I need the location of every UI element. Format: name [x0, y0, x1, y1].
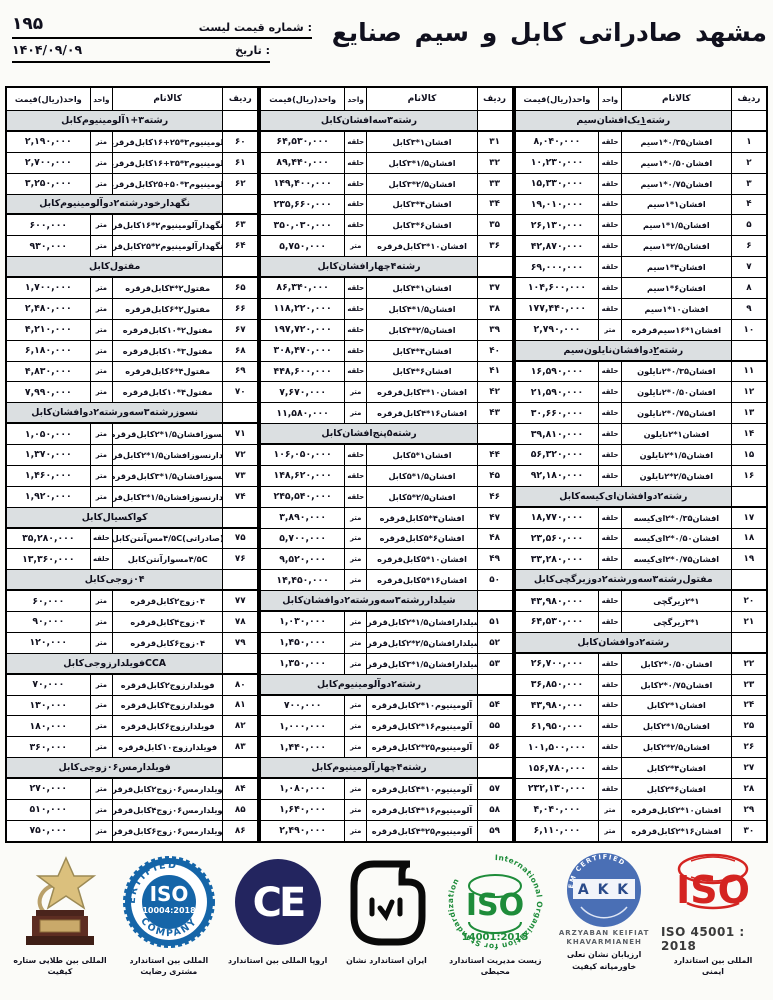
price-list-sheet: ۱۹۵ لیست قیمت شماره : ۱۴۰۴/۰۹/۰۹ تاریخ :… [0, 0, 773, 1000]
unit-cell: متر [344, 633, 367, 653]
unit-cell: حلقه [598, 382, 621, 402]
unit-cell: متر [90, 633, 113, 653]
unit-cell: متر [344, 403, 367, 423]
divider [12, 61, 270, 63]
date-value: ۱۴۰۴/۰۹/۰۹ [12, 42, 82, 57]
unit-price-cell: ۵,۷۵۰,۰۰۰ [261, 236, 344, 256]
unit-cell: متر [598, 320, 621, 340]
table-row: ۵,۷۰۰,۰۰۰ متر قرقره کابل ۵*۶ افشان ۴۸ [261, 528, 511, 549]
unit-price-cell: ۹۲,۱۸۰,۰۰۰ [516, 466, 599, 486]
item-name-cell: کابل ۵*۱/۵ افشان [366, 466, 476, 486]
unit-price-cell: ۲۷۰,۰۰۰ [7, 779, 90, 799]
item-name-cell: قرقره کابل ۶*۲ مفتول [112, 299, 222, 319]
item-name-cell: قرقره کابل ۳*۱/۵ افشان نسوز [112, 466, 222, 486]
table-row: ۱۴۸,۶۲۰,۰۰۰ حلقه کابل ۵*۱/۵ افشان ۴۵ [261, 465, 511, 486]
unit-cell: حلقه [344, 153, 367, 173]
unit-price-cell: ۱۶,۵۹۰,۰۰۰ [516, 362, 599, 382]
unit-cell: حلقه [598, 215, 621, 235]
section-title: سیم افشان یک ۱ رشته [516, 111, 731, 130]
item-name-cell: قرقره کابل ۴*۱۰ آلومینیوم [366, 779, 476, 799]
table-row: ۳۵۰,۰۳۰,۰۰۰ حلقه کابل ۳*۶ افشان ۳۵ [261, 214, 511, 235]
radif-cell-empty [731, 633, 766, 652]
radif-cell-empty [222, 195, 257, 214]
table-row: ۹,۵۲۰,۰۰۰ متر قرقره کابل ۵*۱۰ افشان ۴۹ [261, 548, 511, 569]
unit-cell: متر [90, 591, 113, 611]
table-row: ۱,۹۲۰,۰۰۰ متر قرقره کابل ۳*۱/۵ افشان نسو… [7, 486, 257, 507]
iso-45001-label: ISO 45001 : 2018 [661, 925, 765, 953]
radif-cell: ۴۶ [477, 487, 512, 507]
unit-price-cell: ۱۰۴,۶۰۰,۰۰۰ [516, 278, 599, 298]
unit-cell: حلقه [344, 278, 367, 298]
table-row: ۷۰۰,۰۰۰ متر قرقره کابل ۲*۱۰ آلومینیوم ۵۴ [261, 695, 511, 716]
unit-price-cell: ۱۳۰,۰۰۰ [7, 696, 90, 716]
radif-cell: ۳۹ [477, 320, 512, 340]
radif-cell: ۳۲ [477, 153, 512, 173]
item-name-cell: قرقره کابل ۲*۱۶ افشان [621, 821, 731, 841]
section-header-row: کابل زیرگچی دو ۲ رشته و سه ۳ رشته مفتول [516, 569, 766, 590]
table-row: ۷,۹۹۰,۰۰۰ متر قرقره کابل ۱۰*۴ مفتول ۷۰ [7, 381, 257, 402]
unit-cell: متر [90, 612, 113, 632]
unit-cell: حلقه [598, 299, 621, 319]
item-name-cell: قرقره کابل ۴ زوج فویلدار [112, 696, 222, 716]
table-row: ۱۰,۲۳۰,۰۰۰ حلقه سیم ۱*۰/۵۰ افشان ۲ [516, 152, 766, 173]
radif-column-header: ردیف [477, 88, 512, 110]
unit-price-cell: ۲۳,۵۶۰,۰۰۰ [516, 529, 599, 549]
page-title: صنایع سیم و کابل صادراتی مشهد [332, 8, 767, 84]
unit-price-cell: ۶۹,۰۰۰,۰۰۰ [516, 257, 599, 277]
unit-cell: متر [90, 737, 113, 757]
radif-cell: ۱۲ [731, 382, 766, 402]
table-row: ۲۳۲,۱۳۰,۰۰۰ حلقه کابل ۲*۶ افشان ۲۸ [516, 778, 766, 799]
section-title: کابل کواکسیال [7, 508, 222, 527]
table-row: ۷,۶۷۰,۰۰۰ متر قرقره کابل ۴*۱۰ افشان ۴۲ [261, 381, 511, 402]
section-title: کابل افشان سه ۳ رشته [261, 111, 476, 130]
section-title: کابل زیرگچی دو ۲ رشته و سه ۳ رشته مفتول [516, 570, 731, 589]
akk-line2: KHAVARMIANEH [559, 938, 650, 947]
unit-price-cell: ۱۰۱,۵۰۰,۰۰۰ [516, 737, 599, 757]
item-name-cell: قرقره سیم ۱۶*۱ افشان [621, 320, 731, 340]
unit-price-cell: ۶۰,۰۰۰ [7, 591, 90, 611]
radif-cell-empty [731, 570, 766, 589]
unit-cell: حلقه [344, 132, 367, 152]
unit-price-cell: ۳۵۰,۰۳۰,۰۰۰ [261, 215, 344, 235]
badge-isiri: نشان استاندارد ایران [334, 851, 438, 967]
divider [12, 37, 312, 39]
unit-cell: حلقه [598, 236, 621, 256]
unit-cell: حلقه [598, 174, 621, 194]
radif-cell: ۷۷ [222, 591, 257, 611]
unit-price-cell: ۳۶۰,۰۰۰ [7, 737, 90, 757]
badge-caption: استاندارد بین المللی ایمنی [663, 955, 763, 978]
section-title: کابل افشان پنج ۵ رشته [261, 424, 476, 443]
price-column-header: قیمت واحد(ریال) [7, 88, 90, 110]
unit-price-cell: ۱۱,۵۸۰,۰۰۰ [261, 403, 344, 423]
table-row: ۱,۰۳۰,۰۰۰ متر قرقره کابل ۲*۱/۵ افشان شیل… [261, 611, 511, 632]
radif-cell: ۵۴ [477, 696, 512, 716]
radif-cell: ۲۸ [731, 779, 766, 799]
section-title: کابل زوجی فویلدار CCA [7, 654, 222, 673]
price-table: قیمت واحد(ریال) واحد نام کالا ردیف کابل … [5, 86, 768, 843]
item-name-cell: قرقره کابل ۶ زوج ۰۴ [112, 633, 222, 653]
unit-price-cell: ۲۳۲,۱۳۰,۰۰۰ [516, 779, 599, 799]
unit-price-cell: ۸۹,۴۴۰,۰۰۰ [261, 153, 344, 173]
item-name-cell: سیم ۱*۱۰ افشان [621, 299, 731, 319]
radif-cell: ۸ [731, 278, 766, 298]
unit-price-cell: ۳۳,۲۸۰,۰۰۰ [516, 549, 599, 569]
section-header-row: کابل کیسه ای افشان دو ۲ رشته [516, 486, 766, 507]
item-name-cell: سیم ۱*۴ افشان [621, 257, 731, 277]
item-name-cell: قرقره کابل ۵*۶ افشان [366, 529, 476, 549]
unit-price-cell: ۶۰۰,۰۰۰ [7, 215, 90, 235]
name-column-header: نام کالا [366, 88, 476, 110]
radif-cell: ۱۷ [731, 508, 766, 528]
unit-cell: حلقه [344, 215, 367, 235]
unit-cell: حلقه [598, 696, 621, 716]
unit-price-cell: ۱,۹۲۰,۰۰۰ [7, 487, 90, 507]
table-row: ۷۵۰,۰۰۰ متر قرقره کابل ۶ زوج ۰۶ مس فویلد… [7, 820, 257, 841]
unit-cell: حلقه [344, 320, 367, 340]
radif-cell: ۴۲ [477, 382, 512, 402]
radif-cell: ۶۳ [222, 215, 257, 235]
unit-cell: متر [344, 236, 367, 256]
section-header-row: کابل افشان سه ۳ رشته [261, 110, 511, 131]
item-name-cell: قرقره کابل ۲*۱۰ افشان [621, 800, 731, 820]
radif-cell: ۷۵ [222, 529, 257, 549]
radif-cell: ۵۹ [477, 821, 512, 841]
unit-price-cell: ۳,۲۵۰,۰۰۰ [7, 174, 90, 194]
unit-price-cell: ۴۳,۹۸۰,۰۰۰ [516, 591, 599, 611]
unit-cell: متر [90, 215, 113, 235]
radif-cell: ۳۶ [477, 236, 512, 256]
list-meta: ۱۹۵ لیست قیمت شماره : ۱۴۰۴/۰۹/۰۹ تاریخ : [12, 8, 332, 84]
radif-cell-empty [477, 257, 512, 276]
radif-cell: ۲۳ [731, 675, 766, 695]
table-row: ۳۶,۸۵۰,۰۰۰ حلقه کابل ۲*۰/۷۵ افشان ۲۳ [516, 674, 766, 695]
table-row: ۴۳,۹۸۰,۰۰۰ حلقه کابل ۲*۱ افشان ۲۴ [516, 695, 766, 716]
badge-iso-14001: International Organization for Standardi… [443, 851, 547, 978]
radif-cell: ۳۷ [477, 278, 512, 298]
item-name-cell: کابل ۴*۱/۵ افشان [366, 299, 476, 319]
badge-caption: نشان استاندارد ایران [346, 955, 427, 967]
table-group-middle: قیمت واحد(ریال) واحد نام کالا ردیف کابل … [259, 86, 513, 843]
unit-cell: متر [344, 570, 367, 590]
table-row: ۶۰,۰۰۰ متر قرقره کابل ۲ زوج ۰۴ ۷۷ [7, 590, 257, 611]
item-name-cell: کابل ۳*۶ افشان [366, 215, 476, 235]
radif-cell-empty [477, 591, 512, 610]
radif-cell: ۸۳ [222, 737, 257, 757]
unit-price-cell: ۹,۵۲۰,۰۰۰ [261, 549, 344, 569]
item-name-cell: زیرگچی ۲*۱ [621, 591, 731, 611]
item-name-cell: قرقره کابل ۱۶+۳۵*۳ آلومینیوم [112, 153, 222, 173]
radif-cell: ۷۱ [222, 424, 257, 444]
item-name-cell: کابل ۴*۶ افشان [366, 362, 476, 382]
unit-cell: متر [90, 466, 113, 486]
radif-cell: ۳۰ [731, 821, 766, 841]
item-name-cell: سیم ۱*۰/۷۵ افشان [621, 174, 731, 194]
unit-price-cell: ۴۴۸,۶۰۰,۰۰۰ [261, 362, 344, 382]
radif-cell: ۷۴ [222, 487, 257, 507]
radif-cell: ۱۴ [731, 424, 766, 444]
radif-cell: ۵۰ [477, 570, 512, 590]
radif-cell: ۳ [731, 174, 766, 194]
unit-cell: متر [598, 800, 621, 820]
unit-price-cell: ۱,۶۴۰,۰۰۰ [261, 800, 344, 820]
item-name-cell: کابل ۳*۱/۵ افشان [366, 153, 476, 173]
unit-cell: متر [90, 716, 113, 736]
unit-price-cell: ۳,۸۹۰,۰۰۰ [261, 508, 344, 528]
unit-cell: متر [90, 487, 113, 507]
item-name-cell: نایلون ۲*۲/۵ افشان [621, 466, 731, 486]
table-row: ۱۵۶,۷۸۰,۰۰۰ حلقه کابل ۲*۴ افشان ۲۷ [516, 757, 766, 778]
item-name-cell: کابل ۲*۴ افشان [621, 758, 731, 778]
iran-standard-icon [340, 851, 432, 953]
item-name-cell: کابل ۵*۱ افشان [366, 445, 476, 465]
section-header-row: سیم افشان یک ۱ رشته [516, 110, 766, 131]
table-row: ۸۶,۳۴۰,۰۰۰ حلقه کابل ۴*۱ افشان ۳۷ [261, 277, 511, 298]
table-row: ۱,۴۶۰,۰۰۰ متر قرقره کابل ۳*۱/۵ افشان نسو… [7, 465, 257, 486]
item-name-cell: قرقره کابل ۲*۲/۵ افشان شیلدار [366, 633, 476, 653]
table-row: ۳۵,۲۸۰,۰۰۰ حلقه کابل آنتن مس ۴/۵C (صادرا… [7, 528, 257, 549]
radif-cell: ۲۱ [731, 612, 766, 632]
unit-cell: متر [90, 153, 113, 173]
badge-caption: نعلی نشان ارزیابان کیفیت خاورمیانه [554, 949, 654, 972]
item-name-cell: نایلون ۲*۰/۷۵ افشان [621, 403, 731, 423]
unit-cell: حلقه [598, 758, 621, 778]
item-name-cell: کابل ۲*۱ افشان [621, 696, 731, 716]
section-title: کابل آلومینیوم دو ۲ رشته خود نگهدار [7, 195, 222, 214]
radif-cell: ۴۷ [477, 508, 512, 528]
unit-price-cell: ۱,۴۶۰,۰۰۰ [7, 466, 90, 486]
radif-cell: ۵۸ [477, 800, 512, 820]
radif-cell: ۲۷ [731, 758, 766, 778]
item-name-cell: نایلون ۲*۰/۳۵ افشان [621, 362, 731, 382]
table-row: ۱۰۴,۶۰۰,۰۰۰ حلقه سیم ۱*۶ افشان ۸ [516, 277, 766, 298]
unit-cell: حلقه [598, 153, 621, 173]
table-row: ۱۸,۷۷۰,۰۰۰ حلقه کیسه ای ۲*۰/۳۵ افشان ۱۷ [516, 507, 766, 528]
radif-cell: ۴۴ [477, 445, 512, 465]
radif-cell: ۸۴ [222, 779, 257, 799]
unit-price-cell: ۱۰۶,۰۵۰,۰۰۰ [261, 445, 344, 465]
table-row: ۱۷۷,۴۴۰,۰۰۰ حلقه سیم ۱*۱۰ افشان ۹ [516, 298, 766, 319]
radif-cell: ۱۶ [731, 466, 766, 486]
badge-iso-45001: ISO ISO 45001 : 2018 استاندارد بین الملل… [661, 851, 765, 978]
item-name-cell: قرقره کابل ۶ زوج ۰۶ مس فویلدار [112, 821, 222, 841]
unit-price-cell: ۷,۹۹۰,۰۰۰ [7, 382, 90, 402]
certification-badges: ستاره طلایی بین المللی کیفیت CERTIFIED [0, 845, 773, 978]
radif-cell: ۲۰ [731, 591, 766, 611]
unit-cell: حلقه [598, 445, 621, 465]
unit-price-cell: ۳۶,۸۵۰,۰۰۰ [516, 675, 599, 695]
section-title: کابل زوجی ۰۴ [7, 570, 222, 589]
table-row: ۲,۷۹۰,۰۰۰ متر قرقره سیم ۱۶*۱ افشان ۱۰ [516, 319, 766, 340]
badge-caption: استاندارد مدیریت زیست محیطی [445, 955, 545, 978]
table-row: ۱۵,۳۳۰,۰۰۰ حلقه سیم ۱*۰/۷۵ افشان ۳ [516, 173, 766, 194]
item-name-cell: کابل ۴*۴ افشان [366, 341, 476, 361]
unit-price-cell: ۳۰,۶۶۰,۰۰۰ [516, 403, 599, 423]
radif-cell: ۶۹ [222, 362, 257, 382]
unit-cell: حلقه [598, 716, 621, 736]
unit-price-cell: ۱,۰۳۰,۰۰۰ [261, 612, 344, 632]
table-group-left: قیمت واحد(ریال) واحد نام کالا ردیف کابل … [5, 86, 259, 843]
item-name-cell: قرقره کابل ۱۶+۲۵*۳ آلومینیوم [112, 132, 222, 152]
unit-cell: متر [90, 779, 113, 799]
item-name-cell: کابل ۵*۲/۵ افشان [366, 487, 476, 507]
unit-price-cell: ۳۹,۸۱۰,۰۰۰ [516, 424, 599, 444]
item-name-cell: قرقره کابل ۲*۱۰ آلومینیوم [366, 696, 476, 716]
page-header: ۱۹۵ لیست قیمت شماره : ۱۴۰۴/۰۹/۰۹ تاریخ :… [0, 0, 773, 84]
unit-price-cell: ۳۰۸,۴۷۰,۰۰۰ [261, 341, 344, 361]
unit-cell: حلقه [344, 174, 367, 194]
unit-price-cell: ۱۷۷,۴۴۰,۰۰۰ [516, 299, 599, 319]
table-row: ۱۰۱,۵۰۰,۰۰۰ حلقه کابل ۲*۲/۵ افشان ۲۶ [516, 736, 766, 757]
akk-line1: ARZYABAN KEIFIAT [559, 929, 650, 938]
unit-cell: متر [598, 821, 621, 841]
table-row: ۹۳۰,۰۰۰ متر قرقره کابل ۲۵*۲ آلومینیوم خو… [7, 235, 257, 256]
radif-cell: ۱۵ [731, 445, 766, 465]
table-row: ۱۰۶,۰۵۰,۰۰۰ حلقه کابل ۵*۱ افشان ۴۴ [261, 444, 511, 465]
radif-cell: ۲ [731, 153, 766, 173]
table-group-right: قیمت واحد(ریال) واحد نام کالا ردیف سیم ا… [514, 86, 768, 843]
unit-cell: متر [344, 549, 367, 569]
radif-cell: ۴ [731, 195, 766, 215]
table-row: ۳۶۰,۰۰۰ متر قرقره کابل ۱۰ زوج فویلدار ۸۳ [7, 736, 257, 757]
item-name-cell: کابل آنتن مسوار ۴/۵C [112, 549, 222, 569]
section-header-row: کابل افشان دو ۲ رشته و سه ۳ رشته نسوز [7, 402, 257, 423]
radif-cell: ۱۹ [731, 549, 766, 569]
item-name-cell: کابل ۲*۶ افشان [621, 779, 731, 799]
unit-cell: حلقه [344, 466, 367, 486]
unit-cell: متر [344, 612, 367, 632]
table-row: ۱۳۰,۰۰۰ متر قرقره کابل ۴ زوج فویلدار ۸۱ [7, 695, 257, 716]
badge-akk: SYSTEM CERTIFIED A K K ARZYABAN KEIFIAT … [552, 851, 656, 973]
table-row: ۶,۱۸۰,۰۰۰ متر قرقره کابل ۱۰*۳ مفتول ۶۸ [7, 340, 257, 361]
section-title: کابل مفتول [7, 257, 222, 276]
unit-price-cell: ۱۸,۷۷۰,۰۰۰ [516, 508, 599, 528]
radif-cell-empty [222, 111, 257, 130]
item-name-cell: قرقره کابل ۴*۱۰ افشان [366, 382, 476, 402]
radif-cell: ۱۰ [731, 320, 766, 340]
unit-cell: حلقه [598, 424, 621, 444]
unit-cell: متر [90, 278, 113, 298]
table-row: ۱۹۷,۷۲۰,۰۰۰ حلقه کابل ۴*۲/۵ افشان ۳۹ [261, 319, 511, 340]
item-name-cell: سیم ۱*۱ افشان [621, 195, 731, 215]
badge-iso-10004: CERTIFIED COMPANY ISO 10004:2018 استاندا… [117, 851, 221, 978]
item-name-cell: کابل ۴*۱ افشان [366, 278, 476, 298]
unit-column-header: واحد [90, 88, 113, 110]
badge-caption: استاندارد بین المللی اروپا [228, 955, 327, 967]
unit-cell: متر [344, 779, 367, 799]
item-name-cell: کابل ۴*۲/۵ افشان [366, 320, 476, 340]
section-header-row: کابل مفتول [7, 256, 257, 277]
item-name-cell: قرقره کابل ۴*۲۵ آلومینیوم [366, 821, 476, 841]
item-name-cell: قرقره کابل ۳*۱/۵ افشان نسوز شیلدار [112, 487, 222, 507]
item-name-cell: قرقره کابل ۲ زوج ۰۴ [112, 591, 222, 611]
table-row: ۴,۲۱۰,۰۰۰ متر قرقره کابل ۱۰*۲ مفتول ۶۷ [7, 319, 257, 340]
item-name-cell: قرقره کابل ۲*۱/۵ افشان نسوز شیلدار [112, 445, 222, 465]
table-row: ۳۰,۶۶۰,۰۰۰ حلقه نایلون ۲*۰/۷۵ افشان ۱۳ [516, 402, 766, 423]
unit-cell: حلقه [598, 362, 621, 382]
radif-column-header: ردیف [731, 88, 766, 110]
unit-price-cell: ۱۵,۳۳۰,۰۰۰ [516, 174, 599, 194]
unit-price-cell: ۷۰۰,۰۰۰ [261, 696, 344, 716]
radif-cell: ۹ [731, 299, 766, 319]
table-row: ۳۹,۸۱۰,۰۰۰ حلقه نایلون ۲*۱ افشان ۱۴ [516, 423, 766, 444]
radif-cell: ۶۷ [222, 320, 257, 340]
svg-text:10004:2018: 10004:2018 [142, 906, 196, 915]
item-name-cell: کابل ۳*۴ افشان [366, 195, 476, 215]
item-name-cell: قرقره کابل ۶*۴ مفتول [112, 362, 222, 382]
table-header-row: قیمت واحد(ریال) واحد نام کالا ردیف [7, 88, 257, 110]
table-row: ۸۹,۴۴۰,۰۰۰ حلقه کابل ۳*۱/۵ افشان ۳۲ [261, 152, 511, 173]
section-header-row: کابل زوجی ۰۴ [7, 569, 257, 590]
item-name-cell: قرقره کابل ۴*۱۶ افشان [366, 403, 476, 423]
unit-cell: حلقه [344, 341, 367, 361]
radif-cell: ۷۸ [222, 612, 257, 632]
item-name-cell: قرقره کابل ۲ زوج ۰۶ مس فویلدار [112, 779, 222, 799]
section-title: سیم نایلون افشان دو ۲ رشته [516, 341, 731, 360]
section-header-row: کابل آلومینیوم چهار ۴ رشته [261, 757, 511, 778]
item-name-cell: قرقره کابل ۲*۲۵ آلومینیوم [366, 737, 476, 757]
name-column-header: نام کالا [112, 88, 222, 110]
item-name-cell: قرقره کابل ۲*۱/۵ افشان شیلدار [366, 612, 476, 632]
table-row: ۱۶,۵۹۰,۰۰۰ حلقه نایلون ۲*۰/۳۵ افشان ۱۱ [516, 361, 766, 382]
section-header-row: کابل آلومینیوم ۱ + ۳ رشته [7, 110, 257, 131]
item-name-cell: سیم ۱*۱/۵ افشان [621, 215, 731, 235]
badge-ce: CE استاندارد بین المللی اروپا [226, 851, 330, 967]
unit-price-cell: ۱۹۷,۷۲۰,۰۰۰ [261, 320, 344, 340]
section-header-row: کابل آلومینیوم دو ۲ رشته خود نگهدار [7, 194, 257, 215]
badge-gold-star-award: ستاره طلایی بین المللی کیفیت [8, 851, 112, 978]
unit-price-cell: ۱,۰۸۰,۰۰۰ [261, 779, 344, 799]
table-row: ۹۲,۱۸۰,۰۰۰ حلقه نایلون ۲*۲/۵ افشان ۱۶ [516, 465, 766, 486]
table-row: ۱۱۸,۲۲۰,۰۰۰ حلقه کابل ۴*۱/۵ افشان ۳۸ [261, 298, 511, 319]
table-row: ۶۴,۵۳۰,۰۰۰ حلقه زیرگچی ۳*۱ ۲۱ [516, 611, 766, 632]
unit-cell: متر [344, 696, 367, 716]
unit-price-cell: ۷۵۰,۰۰۰ [7, 821, 90, 841]
table-row: ۳,۸۹۰,۰۰۰ متر قرقره کابل ۵*۴ افشان ۴۷ [261, 507, 511, 528]
unit-price-cell: ۸۶,۳۴۰,۰۰۰ [261, 278, 344, 298]
unit-price-cell: ۷,۶۷۰,۰۰۰ [261, 382, 344, 402]
unit-price-cell: ۲,۴۹۰,۰۰۰ [261, 821, 344, 841]
item-name-cell: کابل ۳*۱ افشان [366, 132, 476, 152]
price-column-header: قیمت واحد(ریال) [516, 88, 599, 110]
unit-price-cell: ۵۶,۳۲۰,۰۰۰ [516, 445, 599, 465]
unit-cell: متر [90, 320, 113, 340]
unit-cell: حلقه [90, 529, 113, 549]
radif-cell: ۱۸ [731, 529, 766, 549]
item-name-cell: کابل ۲*۰/۷۵ افشان [621, 675, 731, 695]
radif-cell-empty [477, 675, 512, 694]
radif-cell: ۵۱ [477, 612, 512, 632]
item-name-cell: کابل ۲*۰/۵۰ افشان [621, 654, 731, 674]
unit-cell: حلقه [598, 675, 621, 695]
section-header-row: کابل افشان دو ۲ رشته [516, 632, 766, 653]
unit-column-header: واحد [344, 88, 367, 110]
radif-cell: ۸۶ [222, 821, 257, 841]
table-row: ۴۲,۸۷۰,۰۰۰ حلقه سیم ۱*۲/۵ افشان ۶ [516, 235, 766, 256]
section-header-row: کابل افشان چهار ۴ رشته [261, 256, 511, 277]
unit-cell: متر [90, 341, 113, 361]
table-row: ۶,۱۱۰,۰۰۰ متر قرقره کابل ۲*۱۶ افشان ۳۰ [516, 820, 766, 841]
unit-cell: متر [344, 654, 367, 674]
table-row: ۶۱,۹۵۰,۰۰۰ حلقه کابل ۲*۱/۵ افشان ۲۵ [516, 715, 766, 736]
section-header-row: کابل زوجی ۰۶ مس فویلدار [7, 757, 257, 778]
unit-price-cell: ۱,۳۷۰,۰۰۰ [7, 445, 90, 465]
radif-cell: ۲۹ [731, 800, 766, 820]
unit-price-cell: ۶,۱۱۰,۰۰۰ [516, 821, 599, 841]
table-row: ۱۴۹,۴۰۰,۰۰۰ حلقه کابل ۳*۲/۵ افشان ۳۳ [261, 173, 511, 194]
list-number: ۱۹۵ [12, 14, 43, 34]
